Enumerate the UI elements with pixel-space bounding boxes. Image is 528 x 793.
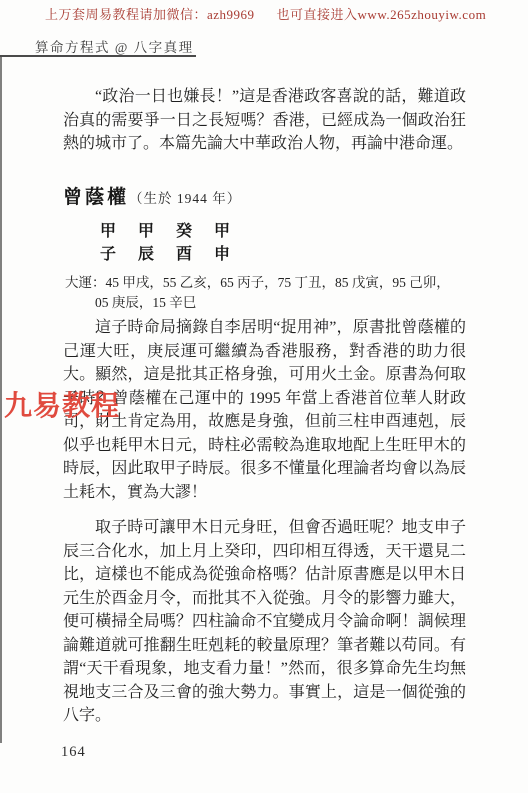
person-name: 曾蔭權: [63, 187, 129, 208]
stem-month: 癸: [176, 220, 214, 243]
running-header: 算命方程式 @ 八字真理: [0, 36, 196, 61]
promo-banner: 上万套周易教程请加微信：azh9969也可直接进入www.265zhouyiw.…: [45, 6, 518, 23]
branch-hour: 子: [100, 243, 138, 266]
section-heading: 曾蔭權（生於 1944 年）: [63, 182, 241, 209]
paragraph-analysis-2: 取子時可讓甲木日元身旺，但會否過旺呢？地支申子辰三合化水，加上月上癸印，四印相互…: [63, 516, 466, 728]
site-watermark: 九易教程: [4, 384, 120, 424]
heavenly-stems-row: 甲 甲 癸 甲: [100, 220, 252, 243]
page-number: 164: [61, 744, 86, 761]
header-rule-divider: [0, 55, 196, 57]
scanned-book-page: 上万套周易教程请加微信：azh9969也可直接进入www.265zhouyiw.…: [0, 0, 528, 793]
stem-day: 甲: [138, 220, 176, 243]
branch-day: 辰: [138, 243, 176, 266]
birth-year: （生於 1944 年）: [129, 191, 241, 206]
branch-year: 申: [214, 243, 252, 266]
stem-year: 甲: [214, 220, 252, 243]
four-pillars-chart: 甲 甲 癸 甲 子 辰 酉 申: [100, 220, 252, 266]
luck-pillars-list: 大運：45 甲戌，55 乙亥，65 丙子，75 丁丑，85 戊寅，95 己卯， …: [65, 273, 475, 313]
running-header-title: 算命方程式 @ 八字真理: [35, 36, 196, 61]
luck-line-2: 05 庚辰，15 辛巳: [65, 293, 475, 313]
branch-month: 酉: [176, 243, 214, 266]
earthly-branches-row: 子 辰 酉 申: [100, 243, 252, 266]
promo-text-contact: 上万套周易教程请加微信：azh9969: [45, 7, 255, 22]
luck-line-1: 大運：45 甲戌，55 乙亥，65 丙子，75 丁丑，85 戊寅，95 己卯，: [65, 273, 475, 293]
promo-text-url: 也可直接进入www.265zhouyiw.com: [277, 7, 487, 22]
paragraph-analysis-1: 這子時命局摘錄自李居明“捉用神”，原書批曾蔭權的己運大旺，庚辰運可繼續為香港服務…: [63, 316, 466, 504]
stem-hour: 甲: [100, 220, 138, 243]
paragraph-intro: “政治一日也嫌長！”這是香港政客喜說的話，難道政治真的需要爭一日之長短嗎？香港，…: [63, 85, 466, 156]
scan-edge-artifact: [0, 57, 2, 743]
